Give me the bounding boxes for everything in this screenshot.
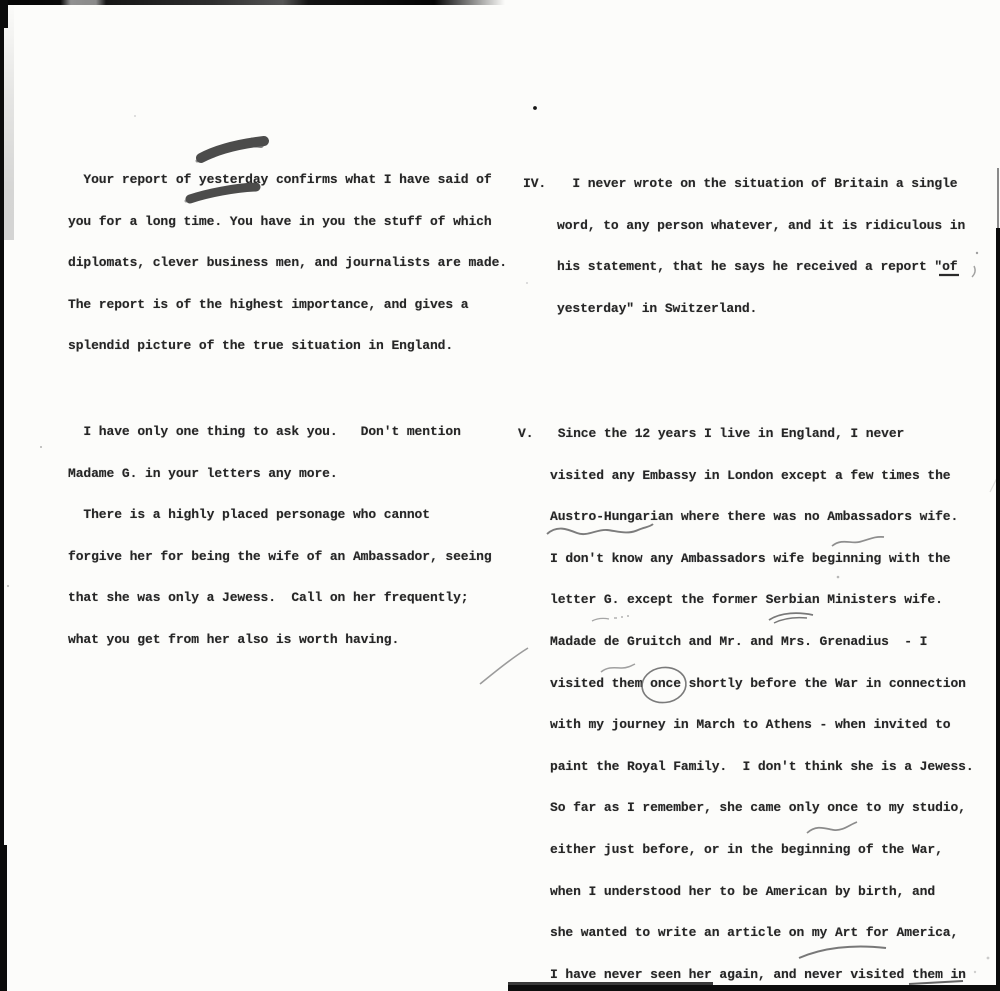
document-scan: Your report of yesterday confirms what I… — [0, 0, 1000, 991]
film-edge-left-top — [0, 0, 8, 28]
underline-them-in — [909, 981, 963, 984]
paper-specks — [7, 106, 989, 973]
small-dashes — [592, 616, 629, 621]
squiggle-under-ambassadors-wife — [832, 537, 884, 546]
scribble-below-yesterday — [186, 187, 256, 201]
film-edge-left-bottom — [0, 845, 7, 991]
film-edge-left — [0, 0, 4, 991]
film-edge-bottom — [508, 985, 1000, 991]
circle-around-once — [640, 665, 688, 705]
pencil-comma-mark — [972, 266, 975, 277]
film-edge-right-faint — [997, 168, 999, 230]
film-edge-top — [0, 0, 505, 5]
wavy-underline-austro-hungarian — [547, 524, 653, 534]
squiggle-under-once-studio — [807, 822, 857, 833]
gutter-slash — [480, 648, 528, 684]
squiggle-above-them — [601, 664, 635, 672]
film-edge-right — [996, 228, 1000, 991]
underline-serbian — [769, 613, 813, 623]
scribble-above-yesterday — [197, 139, 266, 161]
underline-my-art-for — [799, 946, 886, 958]
pencil-annotations — [0, 0, 1000, 991]
